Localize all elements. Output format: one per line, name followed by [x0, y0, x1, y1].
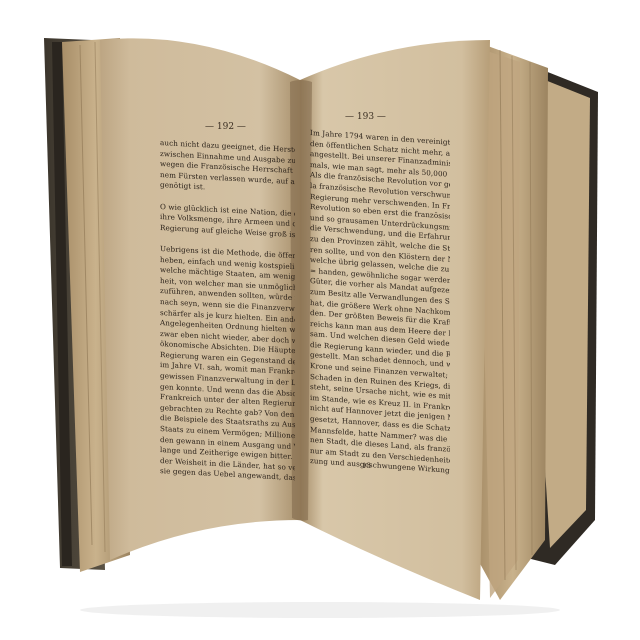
left-page-number: — 192 — — [205, 122, 246, 132]
right-page-number: — 193 — — [345, 112, 386, 122]
left-page-text: auch nicht dazu geeignet, die Herstellun… — [160, 138, 295, 484]
signature-mark: 13 — [362, 462, 371, 470]
right-page-text: Im Jahre 1794 waren in den vereinigten S… — [310, 128, 450, 477]
right-page-edges — [478, 45, 548, 600]
